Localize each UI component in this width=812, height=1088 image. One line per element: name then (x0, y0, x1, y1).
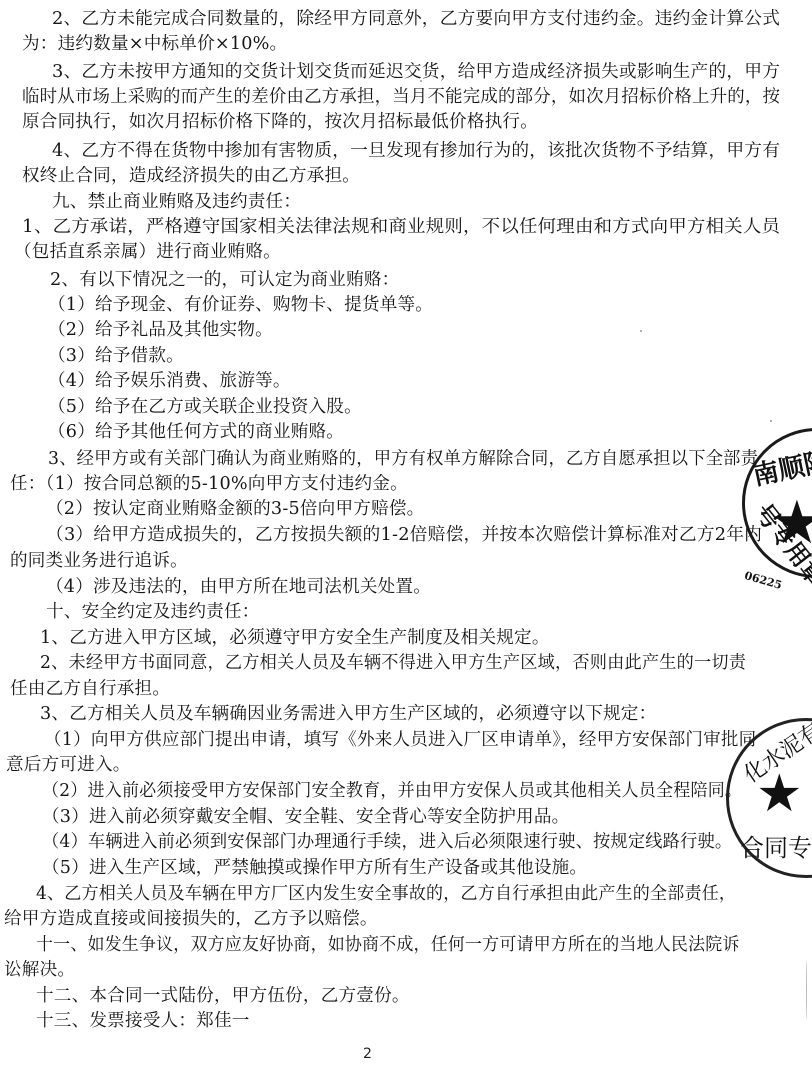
document-line: （2）按认定商业贿赂金额的3-5倍向甲方赔偿。 (46, 498, 424, 520)
document-line: （2）进入前必须接受甲方安保部门安全教育，并由甲方安保人员或其他相关人员全程陪同… (42, 780, 742, 802)
document-line: 3、经甲方或有关部门确认为商业贿赂的，甲方有权单方解除合同，乙方自愿承担以下全部… (48, 448, 758, 470)
document-line: 十一、如发生争议，双方应友好协商，如协商不成，任何一方可请甲方所在的当地人民法院… (36, 934, 740, 956)
document-line: 十、安全约定及违约责任： (46, 601, 260, 623)
document-line: （3）进入前必须穿戴安全帽、安全鞋、安全背心等安全防护用品。 (42, 806, 569, 828)
document-line: 2、乙方未能完成合同数量的，除经甲方同意外，乙方要向甲方支付违约金。违约金计算公… (52, 8, 780, 30)
document-line: 任由乙方自行承担。 (10, 678, 170, 700)
seal-top-serial: 06225 (743, 569, 783, 592)
document-line: 4、乙方不得在货物中掺加有害物质，一旦发现有掺加行为的，该批次货物不予结算，甲方… (52, 140, 780, 162)
document-line: 2、有以下情况之一的，可认定为商业贿赂： (50, 269, 399, 291)
document-line: 权终止合同，造成经济损失的由乙方承担。 (22, 165, 360, 187)
document-line: 4、乙方相关人员及车辆在甲方厂区内发生安全事故的，乙方自行承担由此产生的全部责任… (36, 883, 736, 905)
document-line: （6）给予其他任何方式的商业贿赂。 (48, 421, 344, 443)
document-line: （5）给予在乙方或关联企业投资入股。 (48, 396, 362, 418)
document-line: 为：违约数量×中标单价×10%。 (22, 33, 287, 55)
document-line: 原合同执行，如次月招标价格下降的，按次月招标最低价格执行。 (22, 111, 538, 133)
document-line: （包括直系亲属）进行商业贿赂。 (14, 241, 281, 263)
document-line: （3）给甲方造成损失的，乙方按损失额的1-2倍赔偿，并按本次赔偿计算标准对乙方2… (46, 524, 762, 546)
document-line: 给甲方造成直接或间接损失的，乙方予以赔偿。 (4, 908, 378, 930)
document-line: （3）给予借款。 (48, 345, 184, 367)
document-line: 九、禁止商业贿赂及违约责任： (52, 191, 301, 213)
document-line: 十二、本合同一式陆份，甲方伍份，乙方壹份。 (36, 985, 410, 1007)
document-page: 2、乙方未能完成合同数量的，除经甲方同意外，乙方要向甲方支付违约金。违约金计算公… (0, 0, 812, 1088)
document-line: 2、未经甲方书面同意，乙方相关人员及车辆不得进入甲方生产区域，否则由此产生的一切… (40, 652, 746, 674)
document-line: （4）车辆进入前必须到安保部门办理通行手续，进入后必须限速行驶、按规定线路行驶。 (42, 831, 732, 853)
page-number: 2 (363, 1046, 372, 1062)
document-line: 1、乙方进入甲方区域，必须遵守甲方安全生产制度及相关规定。 (40, 627, 550, 649)
document-line: （4）给予娱乐消费、旅游等。 (48, 370, 291, 392)
document-line: 3、乙方未按甲方通知的交货计划交货而延迟交货，给甲方造成经济损失或影响生产的，甲… (52, 61, 780, 83)
document-line: 十三、发票接受人：郑佳一 (36, 1010, 250, 1032)
document-line: 任：（1）按合同总额的5-10%向甲方支付违约金。 (10, 473, 408, 495)
document-line: （5）进入生产区域，严禁触摸或操作甲方所有生产设备或其他设施。 (42, 857, 587, 879)
document-line: 意后方可进入。 (6, 754, 131, 776)
document-line: 临时从市场上采购的而产生的差价由乙方承担，当月不能完成的部分，如次月招标价格上升… (22, 86, 780, 108)
document-line: 讼解决。 (4, 959, 75, 981)
document-line: （2）给予礼品及其他实物。 (48, 319, 273, 341)
document-line: 1、乙方承诺，严格遵守国家相关法律法规和商业规则，不以任何理由和方式向甲方相关人… (22, 216, 780, 238)
seal-bottom-bottom-text: 合同专用 (740, 828, 812, 863)
document-line: 3、乙方相关人员及车辆确因业务需进入甲方生产区域的，必须遵守以下规定： (40, 703, 656, 725)
document-line: 的同类业务进行追诉。 (10, 550, 188, 572)
document-line: （1）给予现金、有价证券、购物卡、提货单等。 (48, 294, 433, 316)
document-line: （4）涉及违法的，由甲方所在地司法机关处置。 (46, 576, 431, 598)
star-icon: ★ (756, 768, 803, 820)
document-line: （1）向甲方供应部门提出申请，填写《外来人员进入厂区申请单》，经甲方安保部门审批… (44, 729, 756, 751)
